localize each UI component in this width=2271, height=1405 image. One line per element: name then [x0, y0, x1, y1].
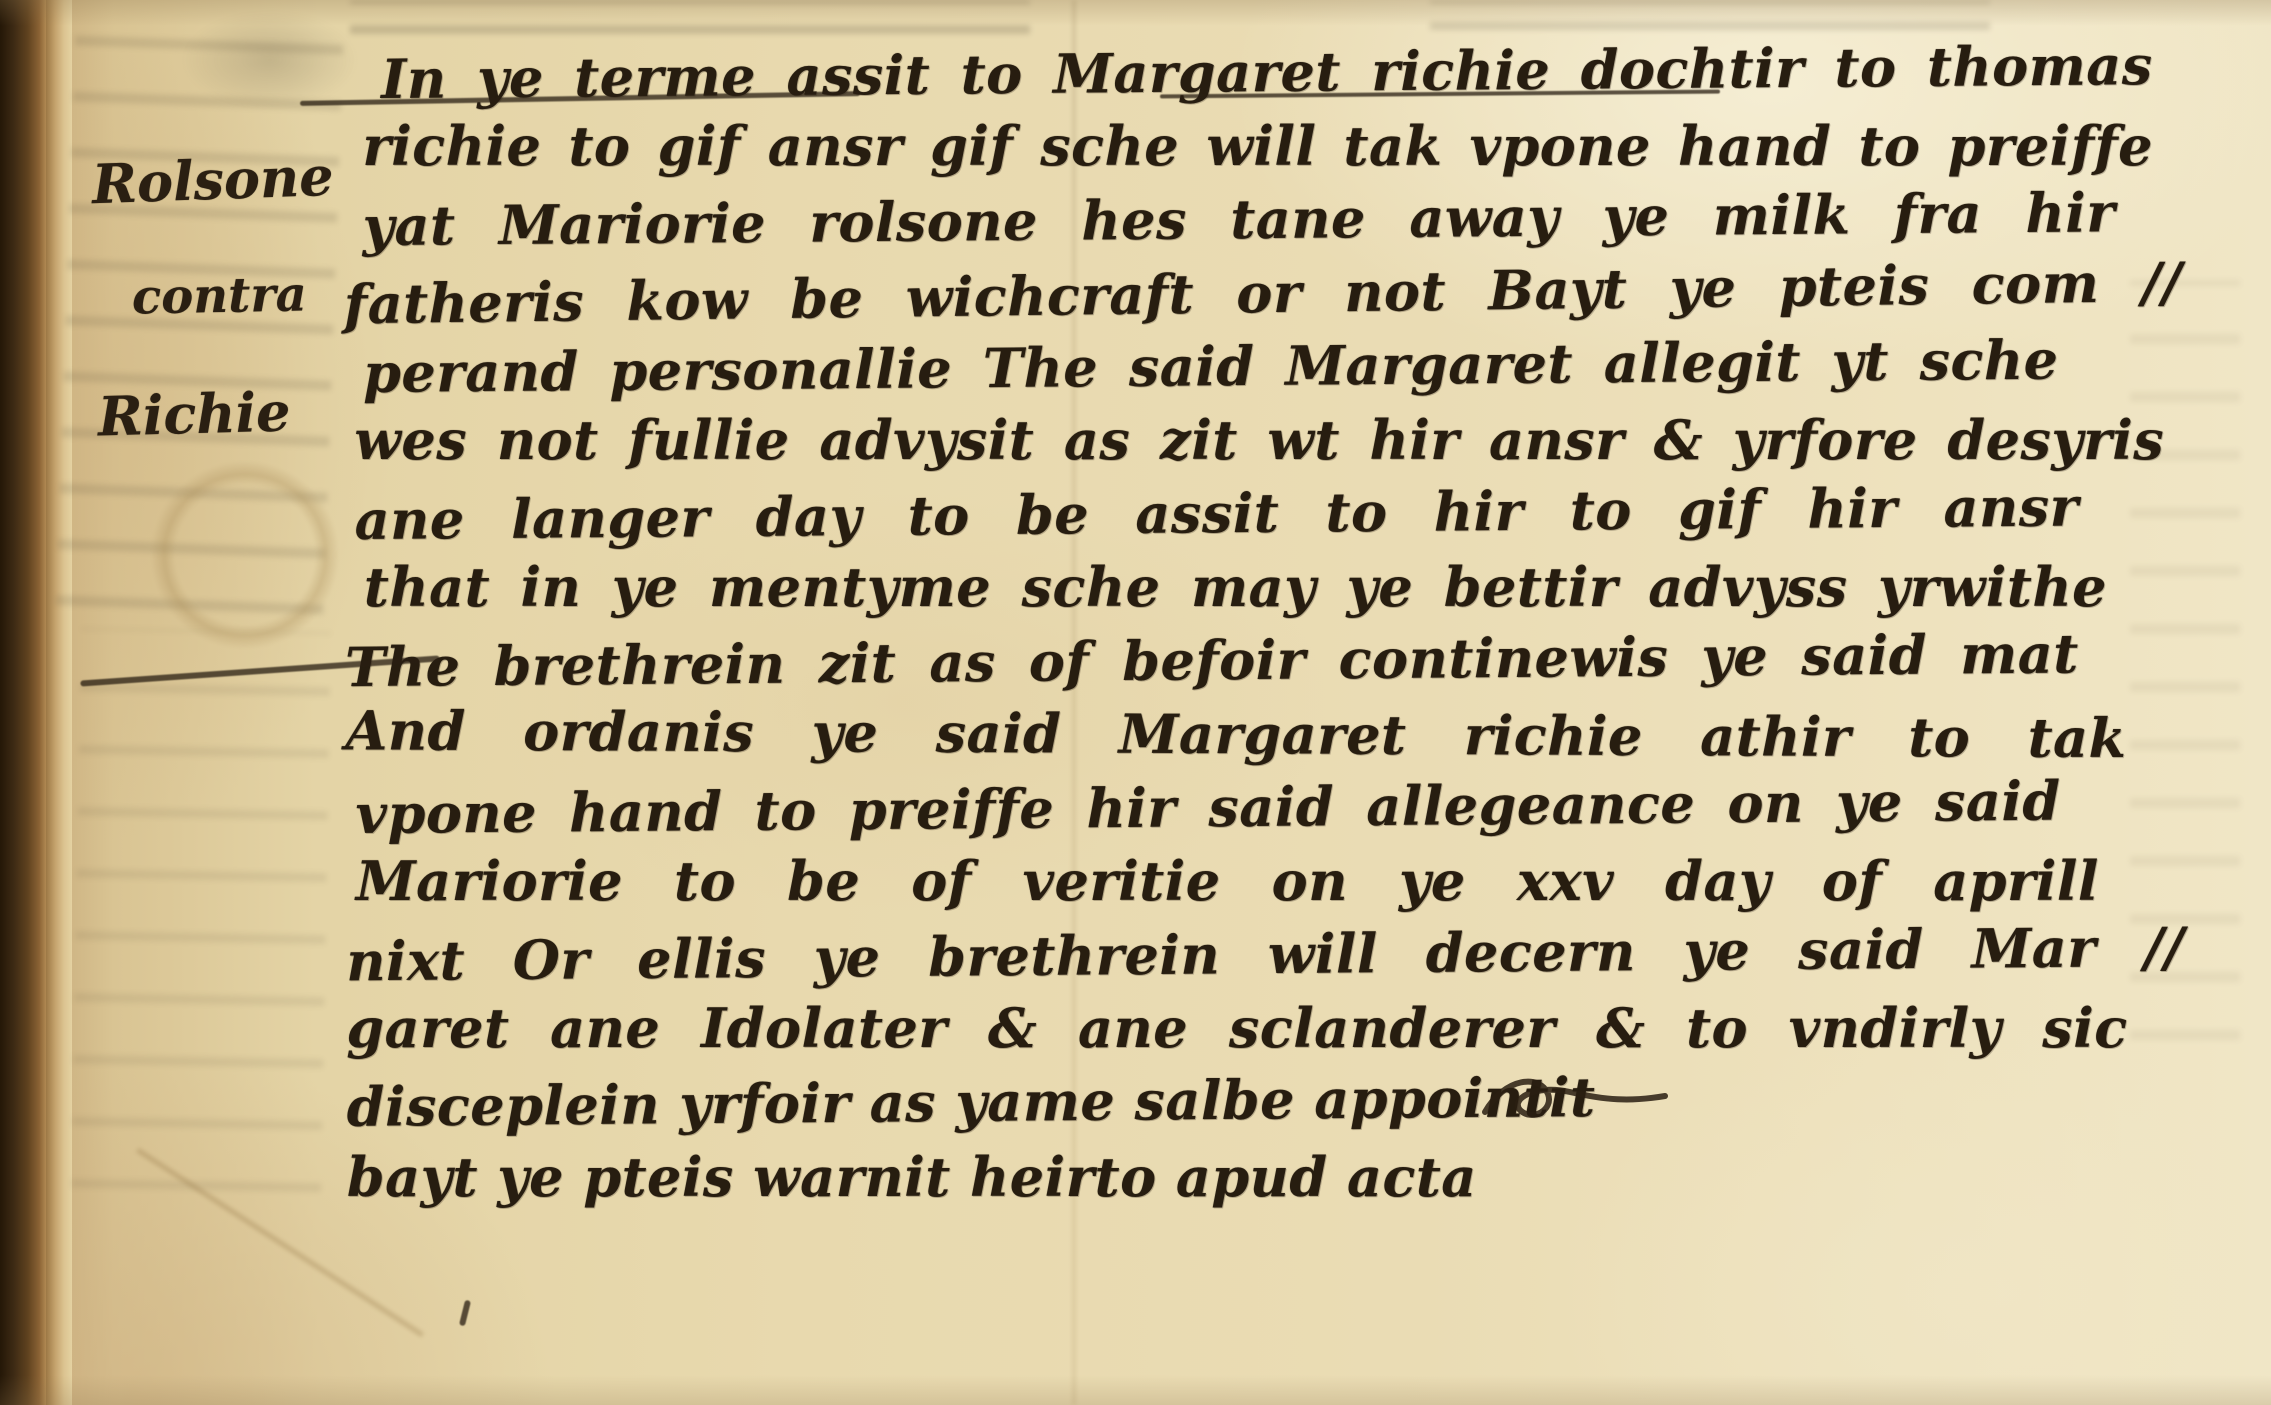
manuscript-line: bayt ye pteis warnit heirto apud acta: [347, 1140, 1185, 1214]
manuscript-line: In ye terme assit to Margaret richie doc…: [381, 29, 2153, 116]
manuscript-line: that in ye mentyme sche may ye bettir ad…: [364, 551, 2107, 625]
manuscript-line: nixt Or ellis ye brethrein will decern y…: [346, 911, 2185, 999]
margin-contra-label: contra: [132, 266, 308, 325]
margin-pursuer-name: Rolsone: [91, 144, 335, 216]
ink-blot: [459, 1300, 471, 1327]
pen-flourish: [1480, 1072, 1670, 1142]
manuscript-line: The brethrein zit as of befoir continewi…: [345, 617, 2079, 704]
manuscript-text: In ye terme assit to Margaret richie doc…: [343, 33, 2252, 1216]
manuscript-line: garet ane Idolater & ane sclanderer & to…: [346, 992, 2127, 1066]
bleedthrough-mark: [180, 10, 360, 110]
underlying-page-edges: [46, 0, 72, 1405]
manuscript-line: vpone hand to preiffe hir said allegeanc…: [355, 765, 2060, 852]
book-gutter-edge: [0, 0, 46, 1405]
manuscript-line: And ordanis ye said Margaret richie athi…: [345, 694, 2126, 775]
manuscript-line: disceplein yrfoir as yame salbe appointi…: [346, 1062, 1490, 1144]
manuscript-page: Rolsone contra Richie In ye terme assit …: [0, 0, 2271, 1405]
bleedthrough-mark: [1430, 0, 1990, 30]
bleedthrough-mark: [71, 628, 331, 1192]
manuscript-line: Mariorie to be of veritie on ye xxv day …: [355, 845, 2098, 919]
manuscript-line: perand personallie The said Margaret all…: [363, 324, 2059, 411]
manuscript-line: wes not fullie advysit as zit wt hir ans…: [354, 404, 2164, 478]
paper-stain-ring: [150, 460, 340, 650]
manuscript-line: ane langer day to be assit to hir to gif…: [354, 471, 2079, 558]
margin-defender-name: Richie: [97, 379, 291, 448]
manuscript-line: richie to gif ansr gif sche will tak vpo…: [362, 110, 2153, 184]
bleedthrough-mark: [350, 0, 1030, 34]
